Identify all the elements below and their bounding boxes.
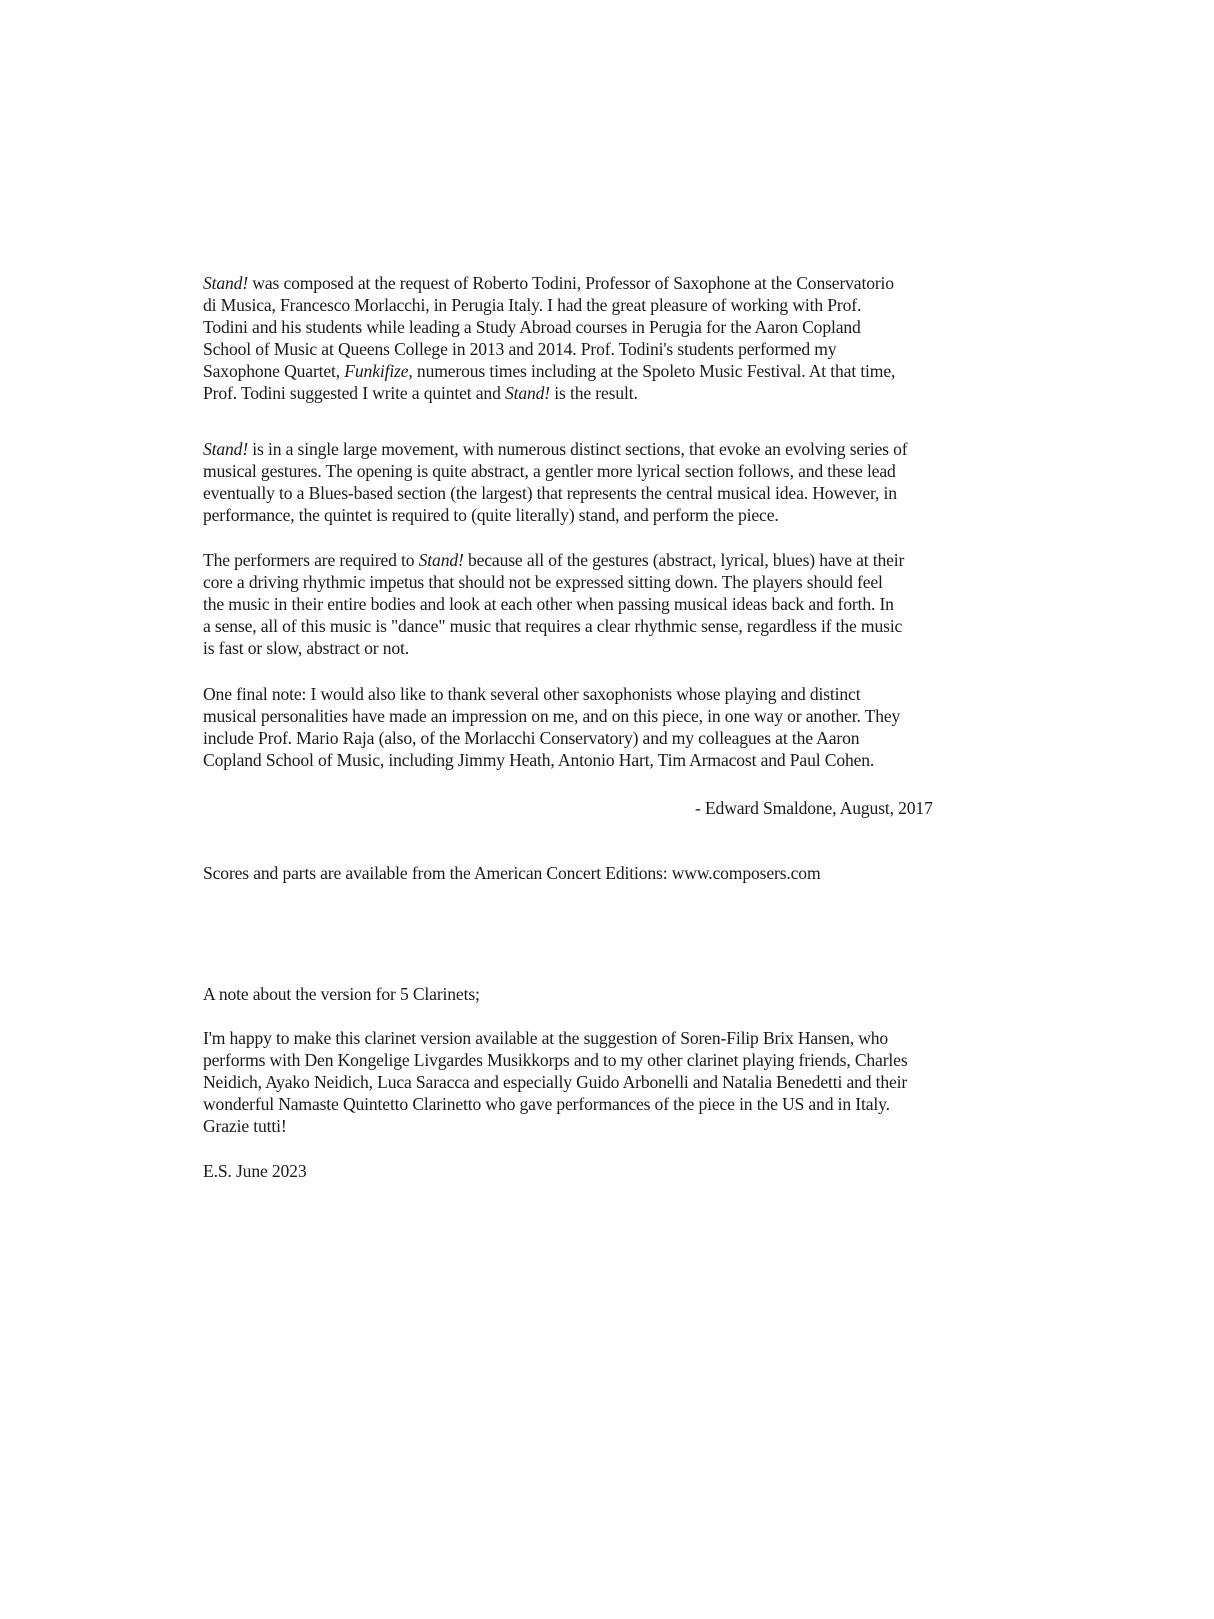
work-title: Stand!: [505, 383, 550, 403]
text-line: Stand! is in a single large movement, wi…: [203, 438, 1023, 460]
clarinet-version-paragraph: I'm happy to make this clarinet version …: [203, 1027, 1023, 1137]
text-line: Saxophone Quartet, Funkifize, numerous t…: [203, 360, 1023, 382]
text-line: performance, the quintet is required to …: [203, 504, 1023, 526]
text-line: musical personalities have made an impre…: [203, 705, 1023, 727]
clarinet-version-heading: A note about the version for 5 Clarinets…: [203, 983, 1023, 1005]
text-line: Copland School of Music, including Jimmy…: [203, 749, 1023, 771]
work-title: Stand!: [203, 439, 248, 459]
document-page: Stand! was composed at the request of Ro…: [0, 0, 1214, 1619]
text-line: Todini and his students while leading a …: [203, 316, 1023, 338]
text-line: wonderful Namaste Quintetto Clarinetto w…: [203, 1093, 1023, 1115]
text-line: School of Music at Queens College in 201…: [203, 338, 1023, 360]
text-line: di Musica, Francesco Morlacchi, in Perug…: [203, 294, 1023, 316]
structure-paragraph: Stand! is in a single large movement, wi…: [203, 438, 1023, 526]
author-signature: - Edward Smaldone, August, 2017: [695, 797, 933, 819]
performance-paragraph: The performers are required to Stand! be…: [203, 549, 1023, 659]
text-line: Stand! was composed at the request of Ro…: [203, 272, 1023, 294]
closing-initials: E.S. June 2023: [203, 1160, 1023, 1182]
text-line: core a driving rhythmic impetus that sho…: [203, 571, 1023, 593]
text-line: include Prof. Mario Raja (also, of the M…: [203, 727, 1023, 749]
work-title: Stand!: [419, 550, 464, 570]
text-line: performs with Den Kongelige Livgardes Mu…: [203, 1049, 1023, 1071]
text-line: Grazie tutti!: [203, 1115, 1023, 1137]
text-line: musical gestures. The opening is quite a…: [203, 460, 1023, 482]
text-line: I'm happy to make this clarinet version …: [203, 1027, 1023, 1049]
text-line: Neidich, Ayako Neidich, Luca Saracca and…: [203, 1071, 1023, 1093]
quartet-title: Funkifize,: [344, 361, 412, 381]
text-line: Prof. Todini suggested I write a quintet…: [203, 382, 1023, 404]
text-line: the music in their entire bodies and loo…: [203, 593, 1023, 615]
intro-paragraph: Stand! was composed at the request of Ro…: [203, 272, 1023, 404]
text-line: One final note: I would also like to tha…: [203, 683, 1023, 705]
text-line: The performers are required to Stand! be…: [203, 549, 1023, 571]
text-line: is fast or slow, abstract or not.: [203, 637, 1023, 659]
text-line: eventually to a Blues-based section (the…: [203, 482, 1023, 504]
work-title: Stand!: [203, 273, 248, 293]
acknowledgements-paragraph: One final note: I would also like to tha…: [203, 683, 1023, 771]
text-line: a sense, all of this music is "dance" mu…: [203, 615, 1023, 637]
availability-note: Scores and parts are available from the …: [203, 862, 1023, 884]
